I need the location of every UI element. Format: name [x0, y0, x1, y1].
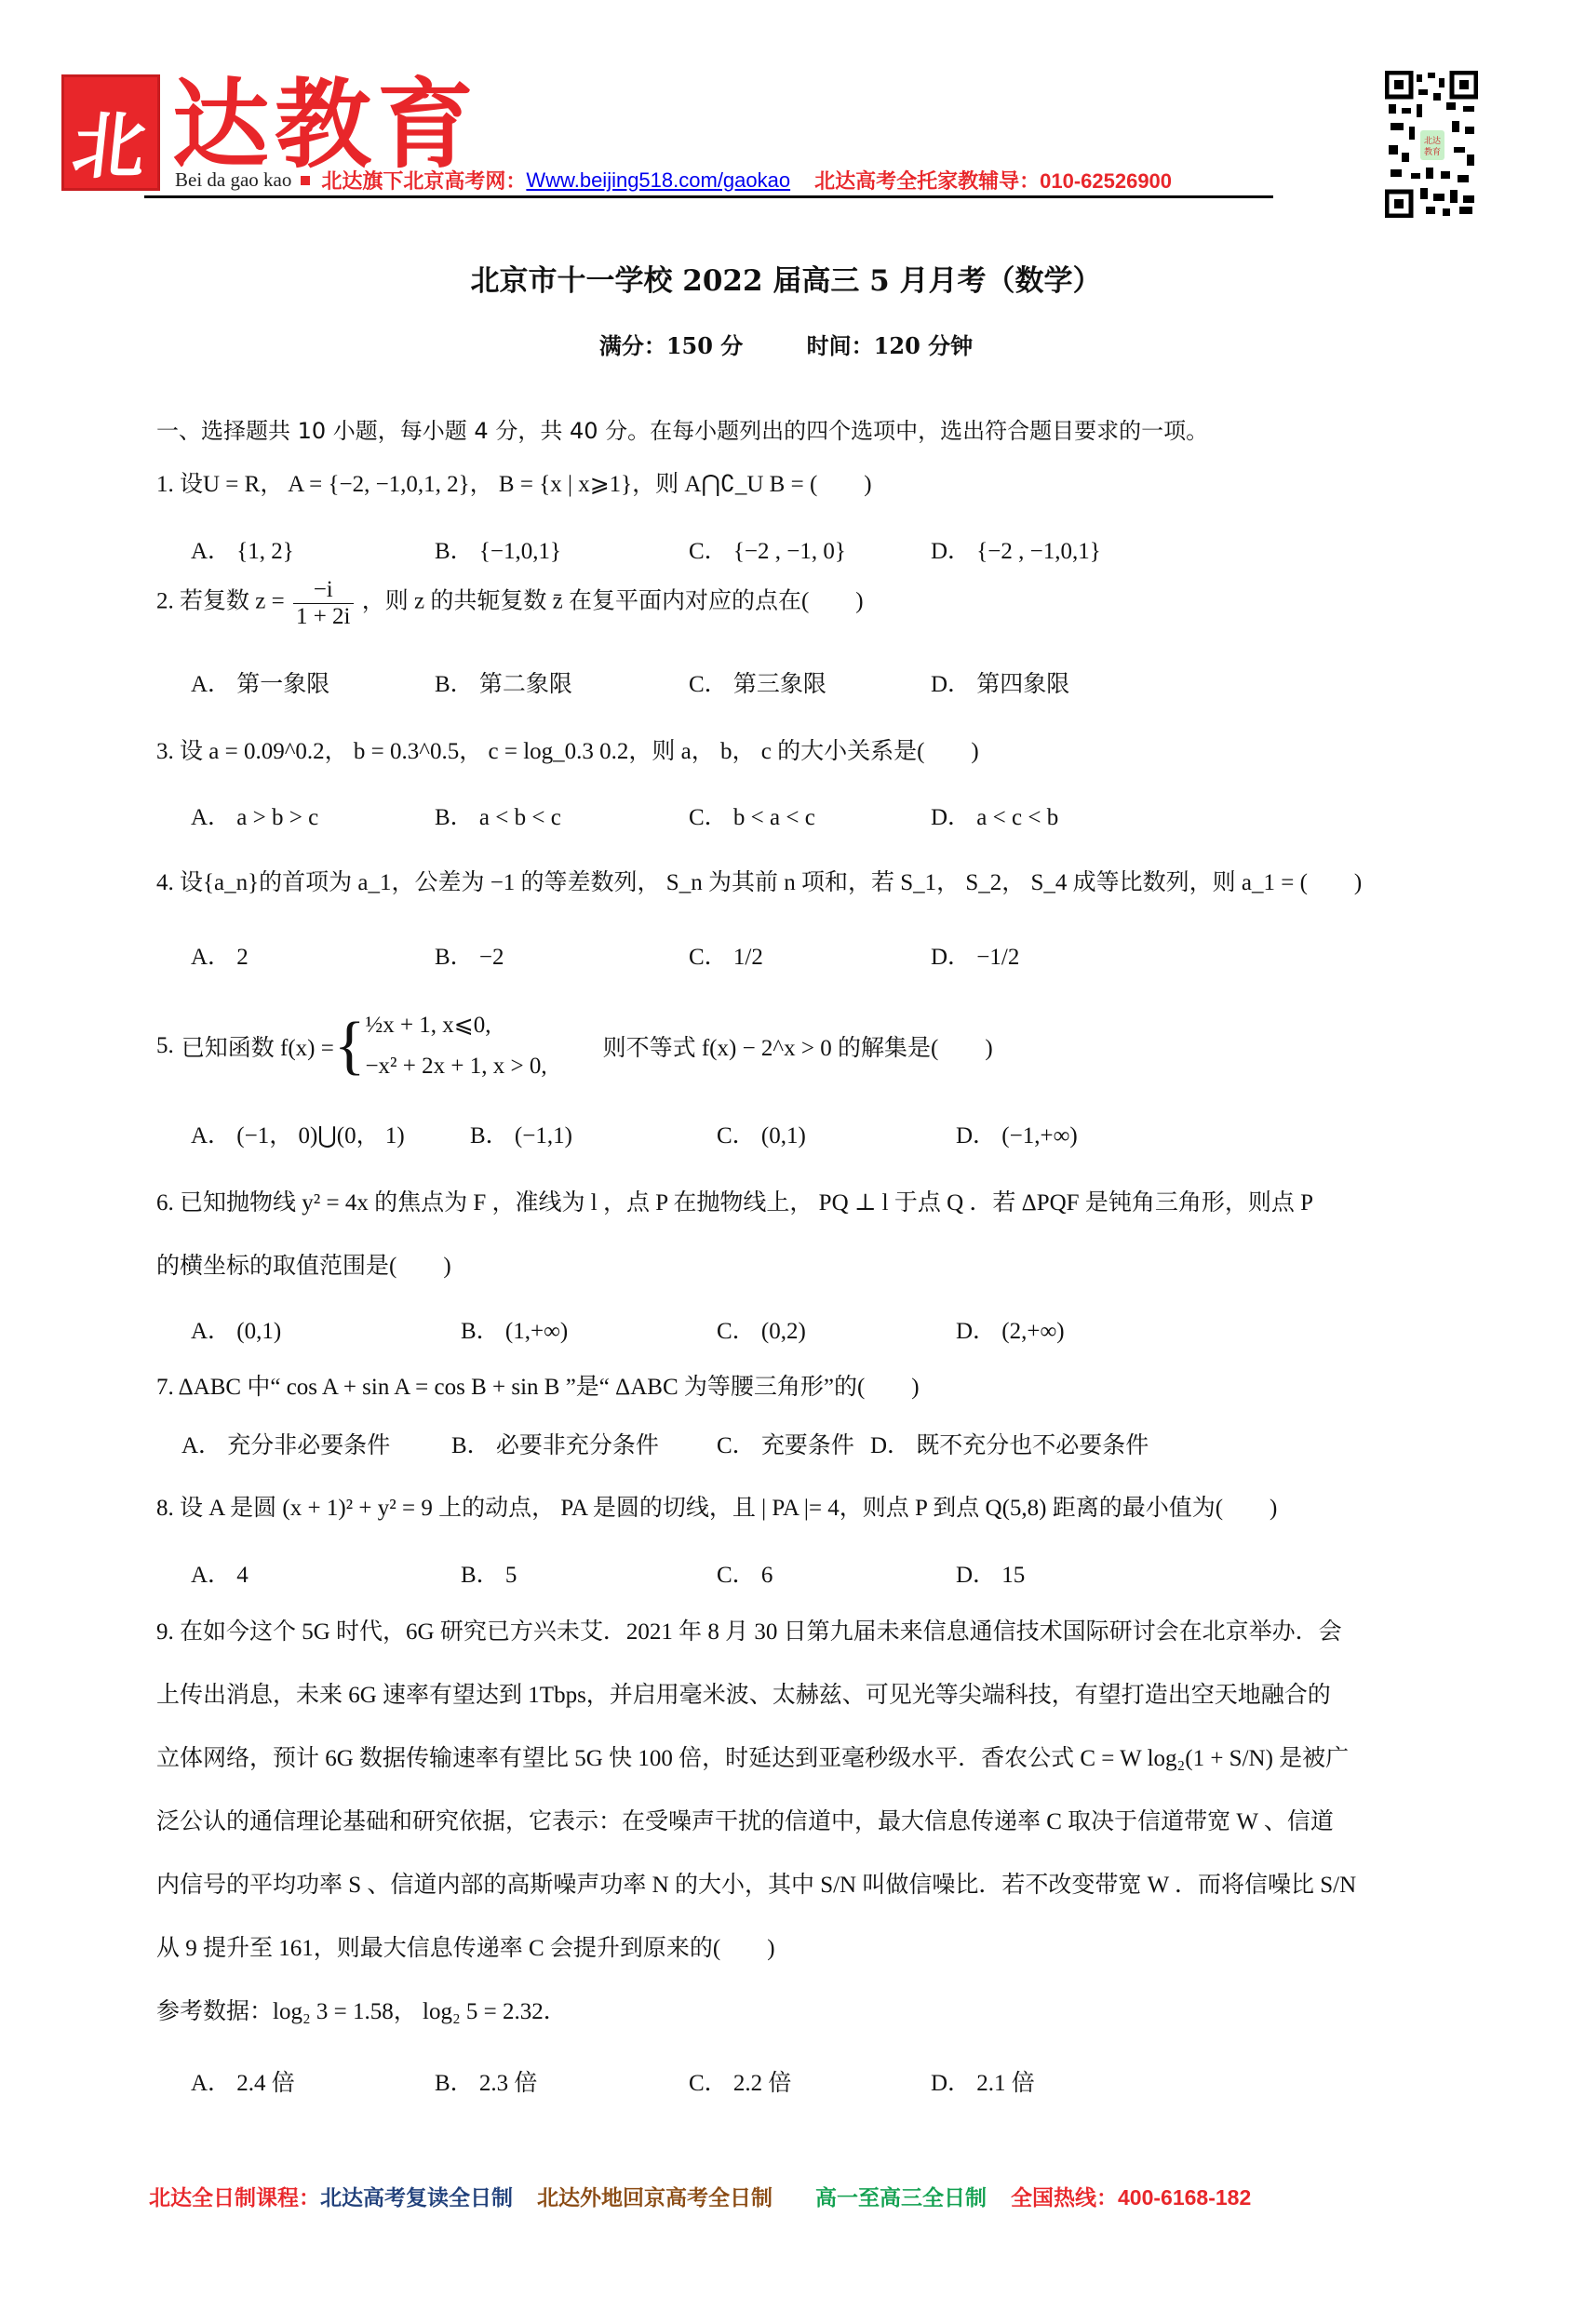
option-d[interactable]: D． 第四象限: [931, 665, 1069, 699]
option-a[interactable]: A． a > b > c: [191, 799, 318, 832]
brand-logo-text: 达教育: [172, 69, 479, 181]
option-a[interactable]: A． 4: [191, 1556, 249, 1590]
option-b[interactable]: B． {−1,0,1}: [435, 532, 561, 566]
left-brace: {: [334, 1014, 366, 1079]
site-link[interactable]: Www.beijing518.com/gaokao: [526, 168, 790, 193]
question-stem: 设{a_n}的首项为 a_1，公差为 −1 的等差数列， S_n 为其前 n 项…: [180, 870, 1362, 895]
option-d[interactable]: D． a < c < b: [931, 799, 1058, 832]
question-number: 5.: [156, 1033, 174, 1059]
footer-label: 北达全日制课程：: [149, 2185, 320, 2210]
question-stem: 设U = R， A = {−2, −1,0,1, 2}， B = {x | x⩾…: [180, 472, 872, 497]
case-2: −x² + 2x + 1, x > 0,: [365, 1046, 546, 1087]
option-a[interactable]: A． (0,1): [191, 1312, 281, 1346]
option-b[interactable]: B． a < b < c: [435, 799, 561, 832]
brand-romanized: Bei da gao kao: [175, 168, 291, 192]
question-number: 1.: [156, 472, 174, 497]
question-3: 3. 设 a = 0.09^0.2， b = 0.3^0.5， c = log_…: [156, 732, 979, 766]
option-b[interactable]: B． 2.3 倍: [435, 2064, 537, 2098]
question-9-line: 泛公认的通信理论基础和研究依据，它表示：在受噪声干扰的信道中，最大信息传递率 C…: [156, 1791, 1431, 1854]
question-stem-suffix: 则不等式 f(x) − 2^x > 0 的解集是( ): [603, 1029, 993, 1063]
option-d[interactable]: D． 既不充分也不必要条件: [870, 1427, 1149, 1460]
option-d[interactable]: D． (−1,+∞): [956, 1117, 1078, 1150]
exam-meta: 满分：150 分 时间：120 分钟: [0, 328, 1572, 360]
option-c[interactable]: C． 6: [717, 1556, 773, 1590]
option-c[interactable]: C． 充要条件: [717, 1427, 854, 1460]
option-c[interactable]: C． 2.2 倍: [689, 2064, 791, 2098]
option-d[interactable]: D． 2.1 倍: [931, 2064, 1035, 2098]
question-9-line: 上传出消息，未来 6G 速率有望达到 1Tbps，并启用毫米波、太赫兹、可见光等…: [156, 1664, 1431, 1727]
question-7: 7. ΔABC 中“ cos A + sin A = cos B + sin B…: [156, 1368, 920, 1402]
question-9-line: 立体网络，预计 6G 数据传输速率有望比 5G 快 100 倍，时延达到亚毫秒级…: [156, 1727, 1431, 1791]
question-number: 4.: [156, 870, 174, 895]
reference-data: 参考数据：log₂ 3 = 1.58， log₂ 5 = 2.32．: [156, 1981, 1431, 2044]
footer-banner: 北达全日制课程：北达高考复读全日制北达外地回京高考全日制高一至高三全日制全国热线…: [149, 2181, 1275, 2211]
paragraph-text: 在如今这个 5G 时代，6G 研究已方兴未艾．2021 年 8 月 30 日第九…: [180, 1619, 1342, 1645]
question-number: 3.: [156, 739, 174, 764]
option-b[interactable]: B． 第二象限: [435, 665, 572, 699]
qr-code-icon: 北达 教育: [1385, 71, 1478, 218]
option-d[interactable]: D． {−2 , −1,0,1}: [931, 532, 1101, 566]
question-number: 2.: [156, 589, 174, 614]
question-number: 6.: [156, 1190, 174, 1216]
svg-text:北达: 北达: [1424, 135, 1441, 146]
question-number: 8.: [156, 1496, 174, 1521]
question-stem: 设 a = 0.09^0.2， b = 0.3^0.5， c = log_0.3…: [180, 739, 979, 764]
option-b[interactable]: B． 5: [461, 1556, 517, 1590]
option-c[interactable]: C． 第三象限: [689, 665, 826, 699]
option-b[interactable]: B． −2: [435, 938, 504, 972]
question-8: 8. 设 A 是圆 (x + 1)² + y² = 9 上的动点， PA 是圆的…: [156, 1489, 1277, 1523]
option-b[interactable]: B． 必要非充分条件: [451, 1427, 659, 1460]
question-number: 7.: [156, 1375, 174, 1400]
header-info-line: Bei da gao kao 北达旗下北京高考网： Www.beijing518…: [175, 166, 1172, 195]
fraction-numerator: −i: [293, 577, 354, 604]
question-stem-prefix: 已知函数 f(x) =: [181, 1029, 334, 1063]
option-d[interactable]: D． 15: [956, 1556, 1025, 1590]
header-divider: [144, 195, 1273, 198]
option-d[interactable]: D． (2,+∞): [956, 1312, 1065, 1346]
fraction-denominator: 1 + 2i: [293, 604, 354, 630]
option-a[interactable]: A． (−1， 0)⋃(0， 1): [191, 1117, 405, 1150]
option-a[interactable]: A． 第一象限: [191, 665, 329, 699]
piecewise-cases: ½x + 1, x⩽0, −x² + 2x + 1, x > 0,: [365, 1005, 546, 1087]
question-1: 1. 设U = R， A = {−2, −1,0,1, 2}， B = {x |…: [156, 465, 872, 499]
tutoring-hotline: 北达高考全托家教辅导：010-62526900: [814, 166, 1172, 195]
question-6-line-1: 6. 已知抛物线 y² = 4x 的焦点为 F ，准线为 l ，点 P 在抛物线…: [156, 1184, 1313, 1217]
fraction: −i 1 + 2i: [293, 577, 354, 629]
site-label: 北达旗下北京高考网：: [321, 166, 526, 195]
question-5: 5. 已知函数 f(x) = { ½x + 1, x⩽0, −x² + 2x +…: [156, 1005, 993, 1087]
option-c[interactable]: C． {−2 , −1, 0}: [689, 532, 846, 566]
question-9-line: 9. 在如今这个 5G 时代，6G 研究已方兴未艾．2021 年 8 月 30 …: [156, 1601, 1431, 1664]
option-c[interactable]: C． (0,2): [717, 1312, 806, 1346]
question-9: 9. 在如今这个 5G 时代，6G 研究已方兴未艾．2021 年 8 月 30 …: [156, 1601, 1431, 2044]
question-2: 2. 若复数 z = −i 1 + 2i ，则 z 的共轭复数 z̄ 在复平面内…: [156, 577, 864, 629]
question-stem: 已知抛物线 y² = 4x 的焦点为 F ，准线为 l ，点 P 在抛物线上， …: [180, 1190, 1313, 1216]
question-stem: 设 A 是圆 (x + 1)² + y² = 9 上的动点， PA 是圆的切线，…: [180, 1496, 1277, 1521]
option-a[interactable]: A． {1, 2}: [191, 532, 294, 566]
option-a[interactable]: A． 2.4 倍: [191, 2064, 295, 2098]
question-stem-suffix: ，则 z 的共轭复数 z̄ 在复平面内对应的点在( ): [362, 589, 864, 614]
option-c[interactable]: C． (0,1): [717, 1117, 806, 1150]
option-c[interactable]: C． 1/2: [689, 938, 763, 972]
question-4: 4. 设{a_n}的首项为 a_1，公差为 −1 的等差数列， S_n 为其前 …: [156, 864, 1362, 897]
full-score: 满分：150 分: [599, 332, 743, 359]
question-stem: ΔABC 中“ cos A + sin A = cos B + sin B ”是…: [179, 1375, 920, 1400]
question-stem-prefix: 若复数 z =: [180, 589, 285, 614]
option-b[interactable]: B． (1,+∞): [461, 1312, 568, 1346]
option-a[interactable]: A． 2: [191, 938, 249, 972]
footer-course-3: 高一至高三全日制: [815, 2185, 987, 2210]
footer-course-2: 北达外地回京高考全日制: [537, 2185, 773, 2210]
question-9-line: 内信号的平均功率 S 、信道内部的高斯噪声功率 N 的大小，其中 S/N 叫做信…: [156, 1854, 1431, 1917]
time-limit: 时间：120 分钟: [807, 332, 973, 359]
question-9-line: 从 9 提升至 161，则最大信息传递率 C 会提升到原来的( ): [156, 1917, 1431, 1981]
case-1: ½x + 1, x⩽0,: [365, 1005, 546, 1046]
option-d[interactable]: D． −1/2: [931, 938, 1019, 972]
option-a[interactable]: A． 充分非必要条件: [181, 1427, 390, 1460]
exam-title: 北京市十一学校 2022 届高三 5 月月考（数学）: [0, 257, 1572, 299]
question-6-line-2: 的横坐标的取值范围是( ): [156, 1247, 451, 1281]
footer-hotline: 全国热线：400-6168-182: [1011, 2185, 1251, 2210]
logo-glyph: 北: [68, 88, 152, 193]
brand-logo-seal: 北: [61, 74, 160, 191]
square-bullet-icon: [301, 176, 310, 185]
option-b[interactable]: B． (−1,1): [470, 1117, 572, 1150]
footer-course-1: 北达高考复读全日制: [320, 2185, 513, 2210]
section-heading: 一、选择题共 10 小题，每小题 4 分，共 40 分。在每小题列出的四个选项中…: [156, 412, 1208, 445]
option-c[interactable]: C． b < a < c: [689, 799, 815, 832]
svg-text:教育: 教育: [1424, 146, 1441, 157]
question-number: 9.: [156, 1619, 174, 1645]
